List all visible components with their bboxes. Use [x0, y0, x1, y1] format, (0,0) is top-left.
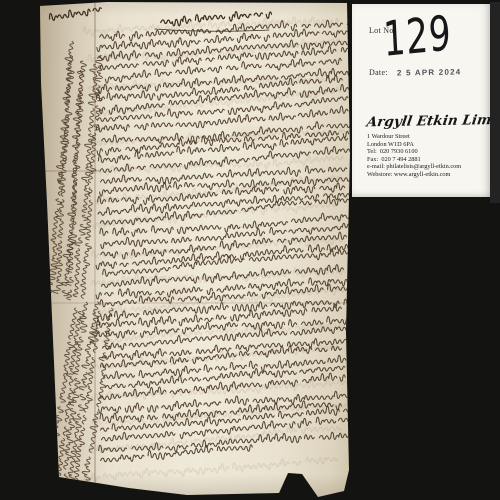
company-address: 1 Wardour Street London W1D 6PA Tel: 020…: [367, 133, 461, 179]
address-line: Webstore: www.argyll-etkin.com: [367, 171, 461, 179]
fold-crease-strip: [37, 170, 99, 172]
fold-crease-horizontal: [37, 302, 350, 304]
address-line: 1 Wardour Street: [367, 133, 461, 141]
card-edge-shadow: [490, 2, 500, 203]
address-line: e-mail: philatelists@argyll-etkin.com: [367, 163, 461, 171]
address-line: London W1D 6PA: [367, 141, 461, 149]
lot-card: Lot No: 129 Date: 2 5 APR 2024 Argyll Et…: [352, 4, 490, 197]
auction-photo: Lot No: 129 Date: 2 5 APR 2024 Argyll Et…: [0, 0, 500, 500]
company-logo: Argyll Etkin Limited: [366, 112, 500, 131]
lot-number-handwritten: 129: [382, 5, 453, 67]
letter-body-handwriting: [96, 20, 350, 462]
address-line: Tel: 020 7930 6100: [367, 148, 461, 156]
address-line: Fax: 020 7 494 2881: [367, 156, 461, 164]
fold-crease-vertical: [94, 2, 96, 498]
handwriting-layer: [37, 2, 350, 498]
date-stamp: 2 5 APR 2024: [397, 67, 462, 77]
letter-paper: [37, 2, 350, 498]
date-label: Date:: [369, 68, 388, 77]
dateline-scribble: [155, 11, 272, 32]
